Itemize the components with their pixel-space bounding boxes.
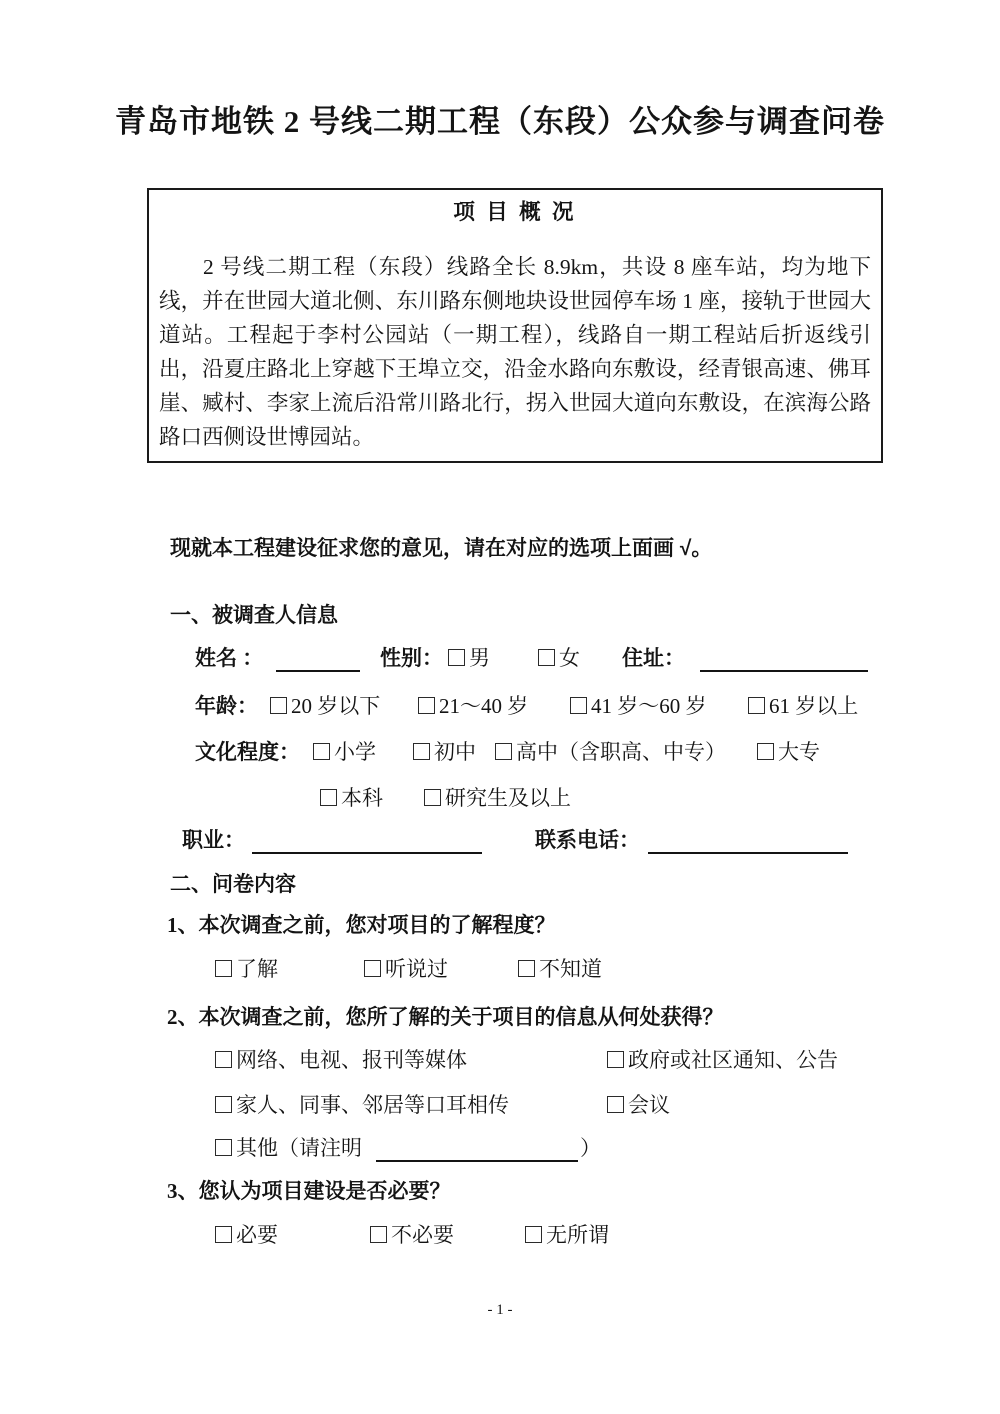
gender-option-male: 男 xyxy=(448,645,490,671)
q3-option-unnecessary: 不必要 xyxy=(370,1222,454,1248)
checkbox-icon xyxy=(448,649,465,666)
address-label: 住址： xyxy=(622,645,685,671)
option-label: 无所谓 xyxy=(546,1223,609,1247)
option-label: 初中 xyxy=(434,740,476,764)
name-blank-line xyxy=(276,645,360,672)
checkbox-icon xyxy=(215,1051,232,1068)
address-blank-line xyxy=(700,645,868,672)
option-label: 大专 xyxy=(778,740,820,764)
questionnaire-page: 青岛市地铁 2 号线二期工程（东段）公众参与调查问卷 项 目 概 况 2 号线二… xyxy=(0,0,1000,1414)
education-option-college: 大专 xyxy=(757,739,820,765)
option-label: 21～40 岁 xyxy=(439,694,528,718)
age-label: 年龄： xyxy=(195,693,258,719)
checkbox-icon xyxy=(570,697,587,714)
checkbox-icon xyxy=(424,789,441,806)
q2-option-government-notice: 政府或社区通知、公告 xyxy=(607,1047,838,1073)
other-close-paren: ） xyxy=(580,1135,601,1161)
option-label: 男 xyxy=(469,646,490,670)
education-option-senior: 高中（含职高、中专） xyxy=(495,739,726,765)
checkbox-icon xyxy=(525,1226,542,1243)
age-option-21-40: 21～40 岁 xyxy=(418,693,528,719)
checkbox-icon xyxy=(313,743,330,760)
option-label: 61 岁以上 xyxy=(769,694,858,718)
checkbox-icon xyxy=(215,1226,232,1243)
question-1-options-row: 了解 听说过 不知道 xyxy=(0,956,1000,986)
instruction-text: 现就本工程建设征求您的意见，请在对应的选项上面画 √。 xyxy=(170,536,712,562)
option-label: 会议 xyxy=(628,1093,670,1117)
education-row-1: 文化程度： 小学 初中 高中（含职高、中专） 大专 xyxy=(0,739,1000,769)
q1-option-unknown: 不知道 xyxy=(518,956,602,982)
checkbox-icon xyxy=(320,789,337,806)
checkbox-icon xyxy=(215,960,232,977)
name-label: 姓名 ： xyxy=(195,645,263,671)
option-label: 网络、电视、报刊等媒体 xyxy=(236,1048,467,1072)
option-label: 研究生及以上 xyxy=(445,786,571,810)
question-3-options-row: 必要 不必要 无所谓 xyxy=(0,1222,1000,1252)
project-overview-box: 项 目 概 况 2 号线二期工程（东段）线路全长 8.9km，共设 8 座车站，… xyxy=(147,188,883,463)
project-overview-text: 2 号线二期工程（东段）线路全长 8.9km，共设 8 座车站，均为地下线，并在… xyxy=(159,250,871,454)
option-label: 41 岁～60 岁 xyxy=(591,694,707,718)
q2-option-meeting: 会议 xyxy=(607,1092,670,1118)
option-label: 本科 xyxy=(341,786,383,810)
q2-option-media: 网络、电视、报刊等媒体 xyxy=(215,1047,467,1073)
name-gender-address-row: 姓名 ： 性别： 男 女 住址： xyxy=(0,645,1000,675)
education-option-primary: 小学 xyxy=(313,739,376,765)
q2-option-word-of-mouth: 家人、同事、邻居等口耳相传 xyxy=(215,1092,509,1118)
option-label: 家人、同事、邻居等口耳相传 xyxy=(236,1093,509,1117)
section2-heading: 二、问卷内容 xyxy=(170,872,296,898)
occupation-blank-line xyxy=(252,827,482,854)
education-option-graduate: 研究生及以上 xyxy=(424,785,571,811)
option-label: 政府或社区通知、公告 xyxy=(628,1048,838,1072)
gender-option-female: 女 xyxy=(538,645,580,671)
q1-option-know: 了解 xyxy=(215,956,278,982)
page-title: 青岛市地铁 2 号线二期工程（东段）公众参与调查问卷 xyxy=(0,102,1000,142)
q3-option-necessary: 必要 xyxy=(215,1222,278,1248)
age-option-under20: 20 岁以下 xyxy=(270,693,380,719)
age-option-41-60: 41 岁～60 岁 xyxy=(570,693,707,719)
checkbox-icon xyxy=(518,960,535,977)
checkbox-icon xyxy=(757,743,774,760)
phone-label: 联系电话： xyxy=(535,827,640,853)
question-2-text: 2、本次调查之前，您所了解的关于项目的信息从何处获得？ xyxy=(167,1004,724,1030)
checkbox-icon xyxy=(270,697,287,714)
education-row-2: 本科 研究生及以上 xyxy=(0,785,1000,815)
question-2-options-row-3: 其他（请注明 ） xyxy=(0,1135,1000,1165)
checkbox-icon xyxy=(607,1096,624,1113)
q3-option-indifferent: 无所谓 xyxy=(525,1222,609,1248)
option-label: 女 xyxy=(559,646,580,670)
question-1-text: 1、本次调查之前，您对项目的了解程度？ xyxy=(167,912,556,938)
checkbox-icon xyxy=(215,1139,232,1156)
question-2-options-row-2: 家人、同事、邻居等口耳相传 会议 xyxy=(0,1092,1000,1122)
other-blank-line xyxy=(376,1135,578,1162)
education-option-junior: 初中 xyxy=(413,739,476,765)
checkbox-icon xyxy=(215,1096,232,1113)
age-option-over61: 61 岁以上 xyxy=(748,693,858,719)
option-label: 必要 xyxy=(236,1223,278,1247)
phone-blank-line xyxy=(648,827,848,854)
option-label: 20 岁以下 xyxy=(291,694,380,718)
option-label: 高中（含职高、中专） xyxy=(516,740,726,764)
checkbox-icon xyxy=(413,743,430,760)
checkbox-icon xyxy=(418,697,435,714)
gender-label: 性别： xyxy=(380,645,443,671)
q1-option-heard: 听说过 xyxy=(364,956,448,982)
q2-option-other: 其他（请注明 xyxy=(215,1135,362,1161)
question-3-text: 3、您认为项目建设是否必要？ xyxy=(167,1178,451,1204)
occupation-label: 职业： xyxy=(182,827,245,853)
option-label: 不知道 xyxy=(539,957,602,981)
age-row: 年龄： 20 岁以下 21～40 岁 41 岁～60 岁 61 岁以上 xyxy=(0,693,1000,723)
option-label: 小学 xyxy=(334,740,376,764)
page-number: - 1 - xyxy=(0,1300,1000,1320)
option-label: 不必要 xyxy=(391,1223,454,1247)
checkbox-icon xyxy=(748,697,765,714)
checkbox-icon xyxy=(370,1226,387,1243)
project-overview-heading: 项 目 概 况 xyxy=(149,199,881,225)
question-2-options-row-1: 网络、电视、报刊等媒体 政府或社区通知、公告 xyxy=(0,1047,1000,1077)
checkbox-icon xyxy=(538,649,555,666)
checkbox-icon xyxy=(495,743,512,760)
option-label: 其他（请注明 xyxy=(236,1136,362,1160)
occupation-phone-row: 职业： 联系电话： xyxy=(0,827,1000,857)
education-label: 文化程度： xyxy=(195,739,300,765)
option-label: 了解 xyxy=(236,957,278,981)
checkbox-icon xyxy=(607,1051,624,1068)
section1-heading: 一、被调查人信息 xyxy=(170,603,338,629)
education-option-bachelor: 本科 xyxy=(320,785,383,811)
option-label: 听说过 xyxy=(385,957,448,981)
checkbox-icon xyxy=(364,960,381,977)
